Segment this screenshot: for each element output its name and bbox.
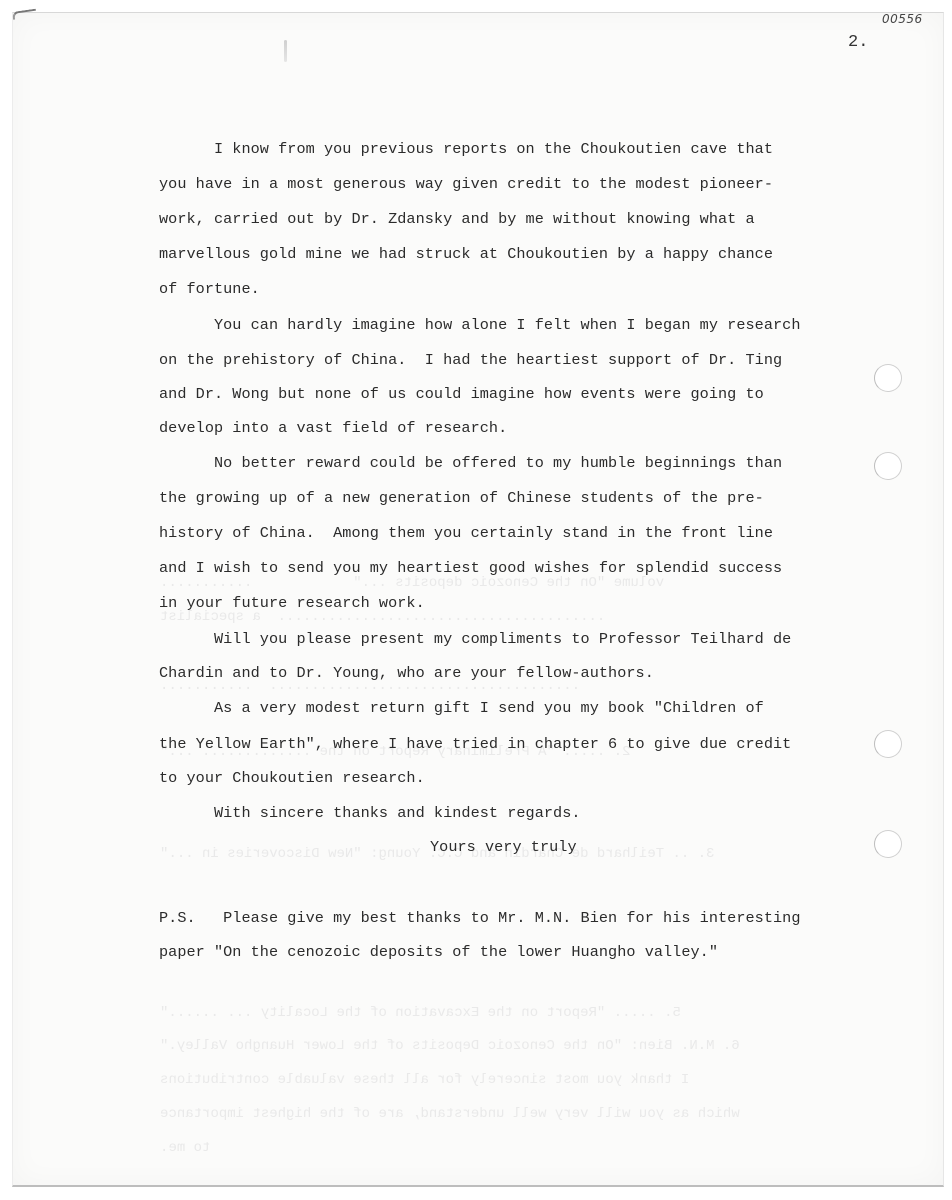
letter-line: and I wish to send you my heartiest good… (159, 561, 782, 576)
bleed-through-text: 5. ..... "Report on the Excavation of th… (160, 1005, 681, 1021)
letter-line: develop into a vast field of research. (159, 421, 507, 436)
page-number: 2. (848, 33, 868, 52)
letter-line: As a very modest return gift I send you … (159, 701, 764, 716)
punch-hole (874, 452, 902, 480)
punch-hole (874, 364, 902, 392)
letter-line: you have in a most generous way given cr… (159, 177, 773, 192)
bleed-through-text: 6. M.N. Bien: "On the Cenozoic Deposits … (160, 1038, 740, 1054)
letter-line: of fortune. (159, 282, 260, 297)
bleed-through-text: to me. (160, 1140, 210, 1156)
letter-line: work, carried out by Dr. Zdansky and by … (159, 212, 755, 227)
archive-number: 00556 (882, 12, 923, 26)
letter-line: history of China. Among them you certain… (159, 526, 773, 541)
letter-line: With sincere thanks and kindest regards. (159, 806, 581, 821)
bleed-through-text: volume "On the Cenozoic deposits ..." ..… (160, 575, 664, 591)
punch-hole (874, 830, 902, 858)
letter-line: on the prehistory of China. I had the he… (159, 353, 782, 368)
postscript-line: paper "On the cenozoic deposits of the l… (159, 945, 718, 960)
letter-line: marvellous gold mine we had struck at Ch… (159, 247, 773, 262)
letter-line: the Yellow Earth", where I have tried in… (159, 737, 791, 752)
letter-line: Chardin and to Dr. Young, who are your f… (159, 666, 654, 681)
letter-line: You can hardly imagine how alone I felt … (159, 318, 800, 333)
letter-line: and Dr. Wong but none of us could imagin… (159, 387, 764, 402)
bleed-through-text: which as you will very well understand, … (160, 1106, 740, 1122)
letter-line: in your future research work. (159, 596, 425, 611)
scanned-page: volume "On the Cenozoic deposits ..." ..… (0, 0, 952, 1200)
smudge-mark (284, 40, 287, 62)
letter-line: Will you please present my compliments t… (159, 632, 791, 647)
letter-line: to your Choukoutien research. (159, 771, 425, 786)
postscript-line: P.S. Please give my best thanks to Mr. M… (159, 911, 800, 926)
letter-closing: Yours very truly (430, 840, 577, 855)
punch-hole (874, 730, 902, 758)
bleed-through-text: I thank you most sincerely for all these… (160, 1072, 748, 1088)
letter-line: No better reward could be offered to my … (159, 456, 782, 471)
letter-line: the growing up of a new generation of Ch… (159, 491, 764, 506)
letter-line: I know from you previous reports on the … (159, 142, 773, 157)
